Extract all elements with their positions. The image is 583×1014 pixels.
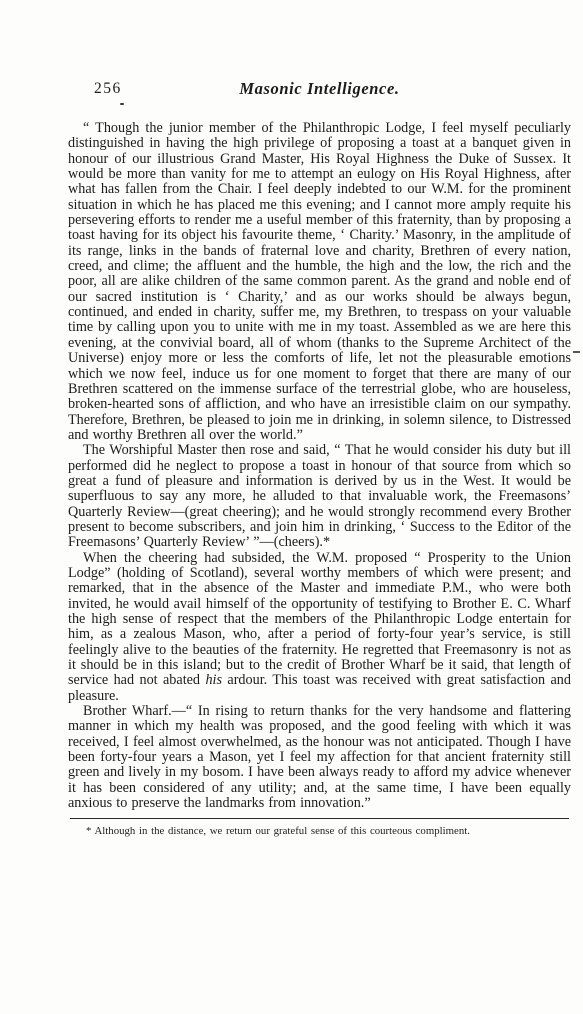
footnote-divider: [70, 818, 569, 819]
page-content: 256 Masonic Intelligence. “ Though the j…: [68, 80, 571, 837]
scanned-book-page: 256 Masonic Intelligence. “ Though the j…: [0, 0, 583, 1014]
italic-word: his: [205, 672, 222, 688]
page-title: Masonic Intelligence.: [68, 79, 571, 99]
paragraph-worshipful-master: The Worshipful Master then rose and said…: [68, 443, 571, 550]
scan-artifact: [573, 351, 580, 353]
body-text: “ Though the junior member of the Philan…: [68, 121, 571, 811]
footnote: * Although in the distance, we return ou…: [68, 825, 571, 837]
paragraph-brother-wharf-reply: Brother Wharf.—“ In rising to return tha…: [68, 704, 571, 811]
footnote-text: Although in the distance, we return our …: [91, 825, 470, 837]
paragraph-union-lodge: When the cheering had subsided, the W.M.…: [68, 551, 571, 704]
running-header: 256 Masonic Intelligence.: [68, 80, 571, 104]
paragraph-toast-speech: “ Though the junior member of the Philan…: [68, 121, 571, 443]
paragraph-segment: When the cheering had subsided, the W.M.…: [68, 550, 571, 689]
